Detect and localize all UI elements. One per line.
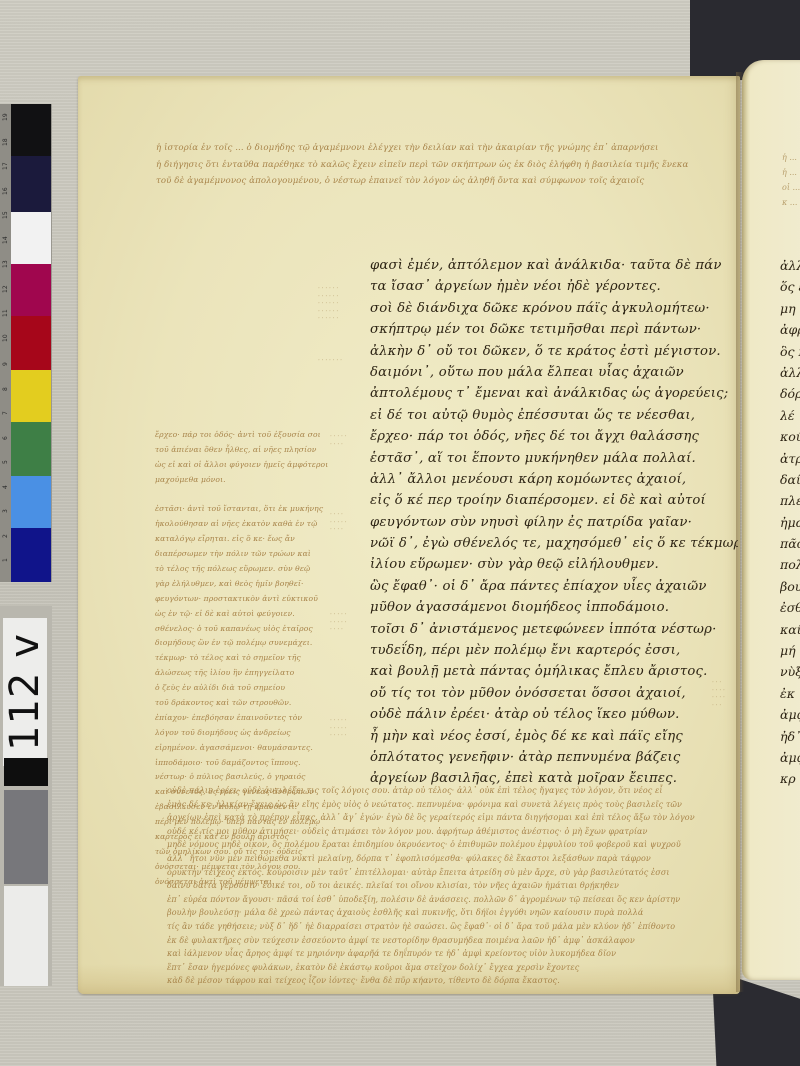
scholia-line: εἰρημένον. ἀγασσάμενοι· θαυμάσαντες. [155, 741, 333, 756]
scholia-line: μαχούμεθα μόνοι. [155, 473, 333, 488]
scholia-line: ἐκ δὲ φυλακτῆρες σὺν τεύχεσιν ἐσσεύοντο … [167, 934, 717, 948]
scholia-line: ἀλλ᾽ ἤτοι νῦν μὲν πειθώμεθα νυκτὶ μελαίν… [167, 852, 717, 866]
main-text-line: ὁπλότατος γενεῆφιν· ἀτὰρ πεπνυμένα βάζει… [370, 747, 738, 768]
scale-tick-label: 8 [2, 384, 9, 391]
main-text-line-content: τοῖσι δ᾽ ἀνιστάμενος μετεφώνεεν ἱππότα ν… [370, 622, 717, 637]
scholia-line: ἡ διήγησις ὅτι ἐνταῦθα παρέθηκε τὸ καλῶς… [156, 157, 716, 174]
scholia-line: δαίνυ δαῖτα γέρουσιν· ἔοικέ τοι, οὔ τοι … [167, 879, 717, 893]
scale-tick-label: 10 [2, 335, 9, 342]
scholia-line: τὸ τέλος τῆς πόλεως εὕρωμεν. σὺν θεῷ [155, 562, 333, 577]
main-text-line: σοὶ δὲ διάνδιχα δῶκε κρόνου πάϊς ἀγκυλομ… [370, 298, 738, 319]
main-text-line-content: εἰς ὅ κέ περ τροίην διαπέρσομεν. εἰ δὲ κ… [370, 493, 706, 508]
margin-gloss: · · · · ·· · · · ·· · · · [330, 612, 347, 635]
facing-text-line: λέ [780, 405, 800, 426]
scale-tick-label: 5 [2, 457, 9, 464]
scholia-line: ἔρχεο· πάρ τοι ὁδός· ἀντὶ τοῦ ἐξουσία σο… [155, 428, 333, 443]
scholia-line: ὡς εἰ καὶ οἱ ἄλλοι φύγοιεν ἡμεῖς ἀμφότερ… [155, 458, 333, 473]
facing-text-line: ἐσθ [780, 597, 800, 618]
scholia-line: τοῦ δὲ ἀγαμέμνονος ἀπολογουμένου, ὁ νέστ… [156, 173, 716, 190]
main-text-line: εἰς ὅ κέ περ τροίην διαπέρσομεν. εἰ δὲ κ… [370, 490, 738, 511]
main-text-line: μῦθον ἀγασσάμενοι διομήδεος ἱπποδάμοιο. [370, 597, 738, 618]
main-text-line-content: ἀλλ᾽ ἄλλοι μενέουσι κάρη κομόωντες ἀχαιο… [370, 472, 686, 487]
gray-patch-mid-gray [4, 790, 48, 884]
main-text-line: ἀλλ᾽ ἄλλοι μενέουσι κάρη κομόωντες ἀχαιο… [370, 469, 738, 490]
facing-text-line: πᾶσ [780, 533, 800, 554]
scholia-bottom-block: οὐδὲ πάλιν ἐρέει· οὐδὲ ἀντιλέξει τις τοῖ… [167, 784, 717, 988]
facing-text-line: κρ [780, 768, 800, 789]
scholia-line: ἀργείων ἐπεὶ κατὰ τὸ πρέπον εἶπας. ἀλλ᾽ … [167, 811, 717, 825]
main-text-line: —ἑστᾶσ᾽, αἵ τοι ἕποντο μυκήνηθεν μάλα πο… [370, 448, 738, 469]
main-text-line-content: ἦ μὴν καὶ νέος ἐσσί, ἐμὸς δέ κε καὶ πάϊς… [370, 729, 683, 744]
scale-tick-label: 2 [2, 531, 9, 538]
facing-text-line: ἐκ [780, 683, 800, 704]
scholia-line: σθένελος· ὁ τοῦ καπανέως υἱὸς ἑταῖρος [155, 622, 333, 637]
scale-tick-label: 19 [2, 114, 9, 121]
scale-tick-label: 3 [2, 506, 9, 513]
main-text-line-content: ἀλκὴν δ᾽ οὔ τοι δῶκεν, ὅ τε κράτος ἐστὶ … [370, 344, 721, 359]
scholia-line: τοῦ ἀπιέναι ὅθεν ἦλθες, αἱ νῆες πλησίον [155, 443, 333, 458]
scale-tick-label: 1 [2, 555, 9, 562]
color-swatch-black [11, 104, 51, 156]
facing-scholia-line: ἡ ... [782, 165, 800, 180]
color-swatch-dark-navy [11, 156, 51, 212]
main-text-line: ἀλκὴν δ᾽ οὔ τοι δῶκεν, ὅ τε κράτος ἐστὶ … [370, 341, 738, 362]
main-text-line-content: ἀργείων βασιλῆας, ἐπεὶ κατὰ μοῖραν ἔειπε… [370, 771, 677, 786]
scholia-line: ἁλώσεως τῆς ἰλίου ἣν ἐπηγγείλατο [155, 666, 333, 681]
scholia-line: διαπέρσωμεν τὴν πόλιν τῶν τρώων καὶ [155, 547, 333, 562]
gray-patch-black [4, 758, 48, 786]
main-text-line: φασὶ ἐμέν, ἀπτόλεμον καὶ ἀνάλκιδα· ταῦτα… [370, 255, 738, 276]
scholia-line: τέκμωρ· τὸ τέλος καὶ τὸ σημεῖον τῆς [155, 651, 333, 666]
main-text-line-content: τα ἴσασ᾽ ἀργείων ἠμὲν νέοι ἠδὲ γέροντες. [370, 279, 661, 294]
scholia-line: καὶ ἰάλμενον υἷας ἄρηος ἀμφί τε μηριόνην… [167, 947, 717, 961]
main-text-line: δαιμόνι᾽, οὕτω που μάλα ἔλπεαι υἷας ἀχαι… [370, 362, 738, 383]
main-text-line-content: οὔ τίς τοι τὸν μῦθον ὀνόσσεται ὅσσοι ἀχα… [370, 686, 686, 701]
scholia-line: ὀρυκτὴν τείχεος ἐκτός. κούροισιν μὲν ταῦ… [167, 866, 717, 880]
facing-scholia-line: ἡ ... [782, 150, 800, 165]
color-swatch-yellow [11, 370, 51, 422]
scholia-line: ἡ ἱστορία ἐν τοῖς ... ὁ διομήδης τῷ ἀγαμ… [156, 140, 716, 157]
scholia-line: διομήδους ὢν ἐν τῷ πολέμῳ συνεμάχει. [155, 636, 333, 651]
main-text-line-content: τυδεΐδη, πέρι μὲν πολέμῳ ἔνι καρτερός ἐσ… [370, 643, 680, 658]
main-text-line-content: εἰ δέ τοι αὐτῷ θυμὸς ἐπέσσυται ὥς τε νέε… [370, 408, 695, 423]
scholia-line: τίς ἂν τάδε γηθήσειε; νὺξ δ᾽ ἥδ᾽ ἠὲ διαρ… [167, 920, 717, 934]
facing-text-line: ἀμφ [780, 704, 800, 725]
facing-text-line: βουλ [780, 576, 800, 597]
color-swatch-red [11, 316, 51, 370]
color-swatch-dark-blue [11, 528, 51, 582]
main-text-line: ›ἔρχεο· πάρ τοι ὁδός, νῆες δέ τοι ἄγχι θ… [370, 426, 738, 447]
main-text-line: τοῖσι δ᾽ ἀνιστάμενος μετεφώνεεν ἱππότα ν… [370, 619, 738, 640]
scholia-line: γὰρ ἐλήλυθμεν, καὶ θεὸς ἡμῖν βοηθεῖ· [155, 577, 333, 592]
scholia-line: κὰδ δὲ μέσον τάφρου καὶ τείχεος ἷζον ἰόν… [167, 974, 717, 988]
scholia-line: ἠκολούθησαν αἱ νῆες ἑκατὸν καθὰ ἐν τῷ [155, 517, 333, 532]
scholia-line: μηδὲ νόμους μηδὲ οἶκον, ὃς πολέμου ἔρατα… [167, 838, 717, 852]
facing-text-line: καί [780, 619, 800, 640]
main-text-block: φασὶ ἐμέν, ἀπτόλεμον καὶ ἀνάλκιδα· ταῦτα… [370, 255, 738, 790]
main-text-line-content: ὣς ἔφαθ᾽· οἱ δ᾽ ἄρα πάντες ἐπίαχον υἷες … [370, 579, 707, 594]
margin-gloss: · · · · · · · [318, 358, 342, 366]
scholia-line [155, 488, 333, 503]
main-text-line-content: σκήπτρῳ μέν τοι δῶκε τετιμῆσθαι περὶ πάν… [370, 322, 701, 337]
facing-text-line: ὅς ε [780, 276, 800, 297]
scholia-line: ἐπ᾽ εὐρέα πόντον ἄγουσι· πᾶσά τοί ἐσθ᾽ ὑ… [167, 893, 717, 907]
main-text-line-content: ὁπλότατος γενεῆφιν· ἀτὰρ πεπνυμένα βάζει… [370, 750, 680, 765]
color-swatch-green [11, 422, 51, 476]
scale-tick-label: 18 [2, 139, 9, 146]
main-text-line-content: ἀπτολέμους τ᾽ ἔμεναι καὶ ἀνάλκιδας ὡς ἀγ… [370, 386, 728, 401]
facing-text-line: μή [780, 640, 800, 661]
scholia-line: οὐδέ κέ τίς μοι μῦθον ἀτιμήσει· οὐδεὶς ἀ… [167, 825, 717, 839]
scale-tick-label: 14 [2, 237, 9, 244]
facing-text-line: ἠδ᾽ [780, 726, 800, 747]
facing-text-line: ἀμφ [780, 747, 800, 768]
scholia-line: καταλόγῳ εἴρηται. εἰς ὅ κε· ἕως ἄν [155, 532, 333, 547]
facing-text-line: ἀτρ [780, 448, 800, 469]
scholia-line: ἐστᾶσι· ἀντὶ τοῦ ἵστανται, ὅτι ἐκ μυκήνη… [155, 502, 333, 517]
line-marker: — [370, 448, 371, 469]
main-text-line: οὔ τίς τοι τὸν μῦθον ὀνόσσεται ὅσσοι ἀχα… [370, 683, 738, 704]
scale-tick-label: 17 [2, 163, 9, 170]
folio-label-strip: 112 v [0, 606, 52, 986]
scale-tick-label: 16 [2, 188, 9, 195]
main-text-line: εἰ δέ τοι αὐτῷ θυμὸς ἐπέσσυται ὥς τε νέε… [370, 405, 738, 426]
facing-text-line: δαί [780, 469, 800, 490]
main-text-line-content: οὐδὲ πάλιν ἐρέει· ἀτὰρ οὐ τέλος ἵκεο μύθ… [370, 707, 680, 722]
facing-text-line: ἀλλ [780, 362, 800, 383]
scholia-line: ἐμὸς δέ κε· ἡλικίαν ἔχεις ὡς ἂν εἴης ἐμὸ… [167, 798, 717, 812]
main-text-line-content: ἰλίου εὕρωμεν· σὺν γὰρ θεῷ εἰλήλουθμεν. [370, 557, 659, 572]
color-swatch-light-blue [11, 476, 51, 528]
scholia-line: ἱπποδάμοιο· τοῦ δαμάζοντος ἵππους. [155, 756, 333, 771]
main-text-line: σκήπτρῳ μέν τοι δῶκε τετιμῆσθαι περὶ πάν… [370, 319, 738, 340]
facing-text-line: νὺξ [780, 661, 800, 682]
main-text-line-content: ἔρχεο· πάρ τοι ὁδός, νῆες δέ τοι ἄγχι θα… [370, 429, 699, 444]
color-swatch-white [11, 212, 51, 264]
main-text-line-content: καὶ βουλῇ μετὰ πάντας ὁμήλικας ἔπλευ ἄρι… [370, 664, 707, 679]
scholia-line: ἐπίαχον· ἐπεβόησαν ἐπαινοῦντες τὸν [155, 711, 333, 726]
main-text-line-content: φασὶ ἐμέν, ἀπτόλεμον καὶ ἀνάλκιδα· ταῦτα… [370, 258, 722, 273]
scholia-line: ὁ ζεὺς ἐν αὐλίδι διὰ τοῦ σημείου [155, 681, 333, 696]
centimeter-scale: 19181716151413121110987654321 [0, 104, 11, 582]
main-text-line: ἰλίου εὕρωμεν· σὺν γὰρ θεῷ εἰλήλουθμεν. [370, 554, 738, 575]
main-text-line: ›ἦ μὴν καὶ νέος ἐσσί, ἐμὸς δέ κε καὶ πάϊ… [370, 726, 738, 747]
facing-scholia-line: οἱ ... [782, 180, 800, 195]
margin-gloss: · · · ·· · · · ·· · · · [330, 512, 347, 535]
main-text-line: τα ἴσασ᾽ ἀργείων ἠμὲν νέοι ἠδὲ γέροντες. [370, 276, 738, 297]
scale-tick-label: 13 [2, 261, 9, 268]
scholia-line: ὡς ἐν τῷ· εἰ δὲ καὶ αὐτοὶ φεύγοιεν. [155, 607, 333, 622]
color-calibration-target: 19181716151413121110987654321 [0, 104, 52, 582]
facing-text-line: πλε [780, 490, 800, 511]
facing-text-line: ἀλλ [780, 255, 800, 276]
main-text-line-content: νῶϊ δ᾽, ἐγὼ σθένελός τε, μαχησόμεθ᾽ εἰς … [370, 536, 738, 551]
facing-text-line: ὃς π [780, 341, 800, 362]
scholia-line: ἕπτ᾽ ἔσαν ἡγεμόνες φυλάκων, ἑκατὸν δὲ ἑκ… [167, 961, 717, 975]
scale-tick-label: 11 [2, 310, 9, 317]
margin-gloss: · · · · ·· · · · ·· · · · · [330, 718, 347, 741]
scale-tick-label: 12 [2, 286, 9, 293]
scholia-line: φευγόντων· προστακτικὸν ἀντὶ εὐκτικοῦ [155, 592, 333, 607]
main-text-line-content: φευγόντων σὺν νηυσὶ φίλην ἐς πατρίδα γαῖ… [370, 515, 692, 530]
main-text-line: νῶϊ δ᾽, ἐγὼ σθένελός τε, μαχησόμεθ᾽ εἰς … [370, 533, 738, 554]
scholia-top-block: ἡ ἱστορία ἐν τοῖς ... ὁ διομήδης τῷ ἀγαμ… [156, 140, 716, 190]
facing-scholia-line: κ ... [782, 195, 800, 210]
facing-text-line: ἠμα [780, 512, 800, 533]
scale-tick-label: 15 [2, 212, 9, 219]
margin-gloss: · · · · ·· · · · [330, 434, 347, 449]
main-text-line: ›τυδεΐδη, πέρι μὲν πολέμῳ ἔνι καρτερός ἐ… [370, 640, 738, 661]
facing-text-line: μη [780, 298, 800, 319]
scale-tick-label: 4 [2, 482, 9, 489]
color-swatch-magenta [11, 264, 51, 316]
main-text-line: ›οὐδὲ πάλιν ἐρέει· ἀτὰρ οὐ τέλος ἵκεο μύ… [370, 704, 738, 725]
main-text-line: ὣς ἔφαθ᾽· οἱ δ᾽ ἄρα πάντες ἐπίαχον υἷες … [370, 576, 738, 597]
margin-gloss: · · · · · ·· · · · · ·· · · · · ·· · · ·… [318, 286, 338, 324]
main-text-line: ›φευγόντων σὺν νηυσὶ φίλην ἐς πατρίδα γα… [370, 512, 738, 533]
scale-tick-label: 6 [2, 433, 9, 440]
folio-card: 112 v [3, 618, 47, 766]
facing-text-line: δόρ [780, 383, 800, 404]
facing-text-line: πολλ [780, 554, 800, 575]
scholia-line: λόγον τοῦ διομήδους ὡς ἀνδρείως [155, 726, 333, 741]
scale-tick-label: 9 [2, 359, 9, 366]
main-text-line: ἀργείων βασιλῆας, ἐπεὶ κατὰ μοῖραν ἔειπε… [370, 768, 738, 789]
main-text-line-content: σοὶ δὲ διάνδιχα δῶκε κρόνου πάϊς ἀγκυλομ… [370, 301, 710, 316]
main-text-line-content: μῦθον ἀγασσάμενοι διομήδεος ἱπποδάμοιο. [370, 600, 669, 615]
folio-number: 112 v [2, 633, 48, 751]
main-text-line-content: δαιμόνι᾽, οὕτω που μάλα ἔλπεαι υἷας ἀχαι… [370, 365, 684, 380]
scholia-line: βουλὴν βουλεύσῃ· μάλα δὲ χρεὼ πάντας ἀχα… [167, 906, 717, 920]
scale-tick-label: 7 [2, 408, 9, 415]
main-text-line: καὶ βουλῇ μετὰ πάντας ὁμήλικας ἔπλευ ἄρι… [370, 661, 738, 682]
main-text-line-content: ἑστᾶσ᾽, αἵ τοι ἕποντο μυκήνηθεν μάλα πολ… [370, 451, 696, 466]
main-text-line: ἀπτολέμους τ᾽ ἔμεναι καὶ ἀνάλκιδας ὡς ἀγ… [370, 383, 738, 404]
facing-text-line: ἀφρ [780, 319, 800, 340]
facing-page-text: ἀλλὅς εμηἀφρὃς πἀλλδόρλέκούἀτρδαίπλεἠμαπ… [780, 255, 800, 790]
gray-patch-light-gray [4, 886, 48, 986]
facing-scholia: ἡ ...ἡ ...οἱ ...κ ... [782, 150, 800, 210]
facing-text-line: κού [780, 426, 800, 447]
scholia-line: τοῦ δράκοντος καὶ τῶν στρουθῶν. [155, 696, 333, 711]
